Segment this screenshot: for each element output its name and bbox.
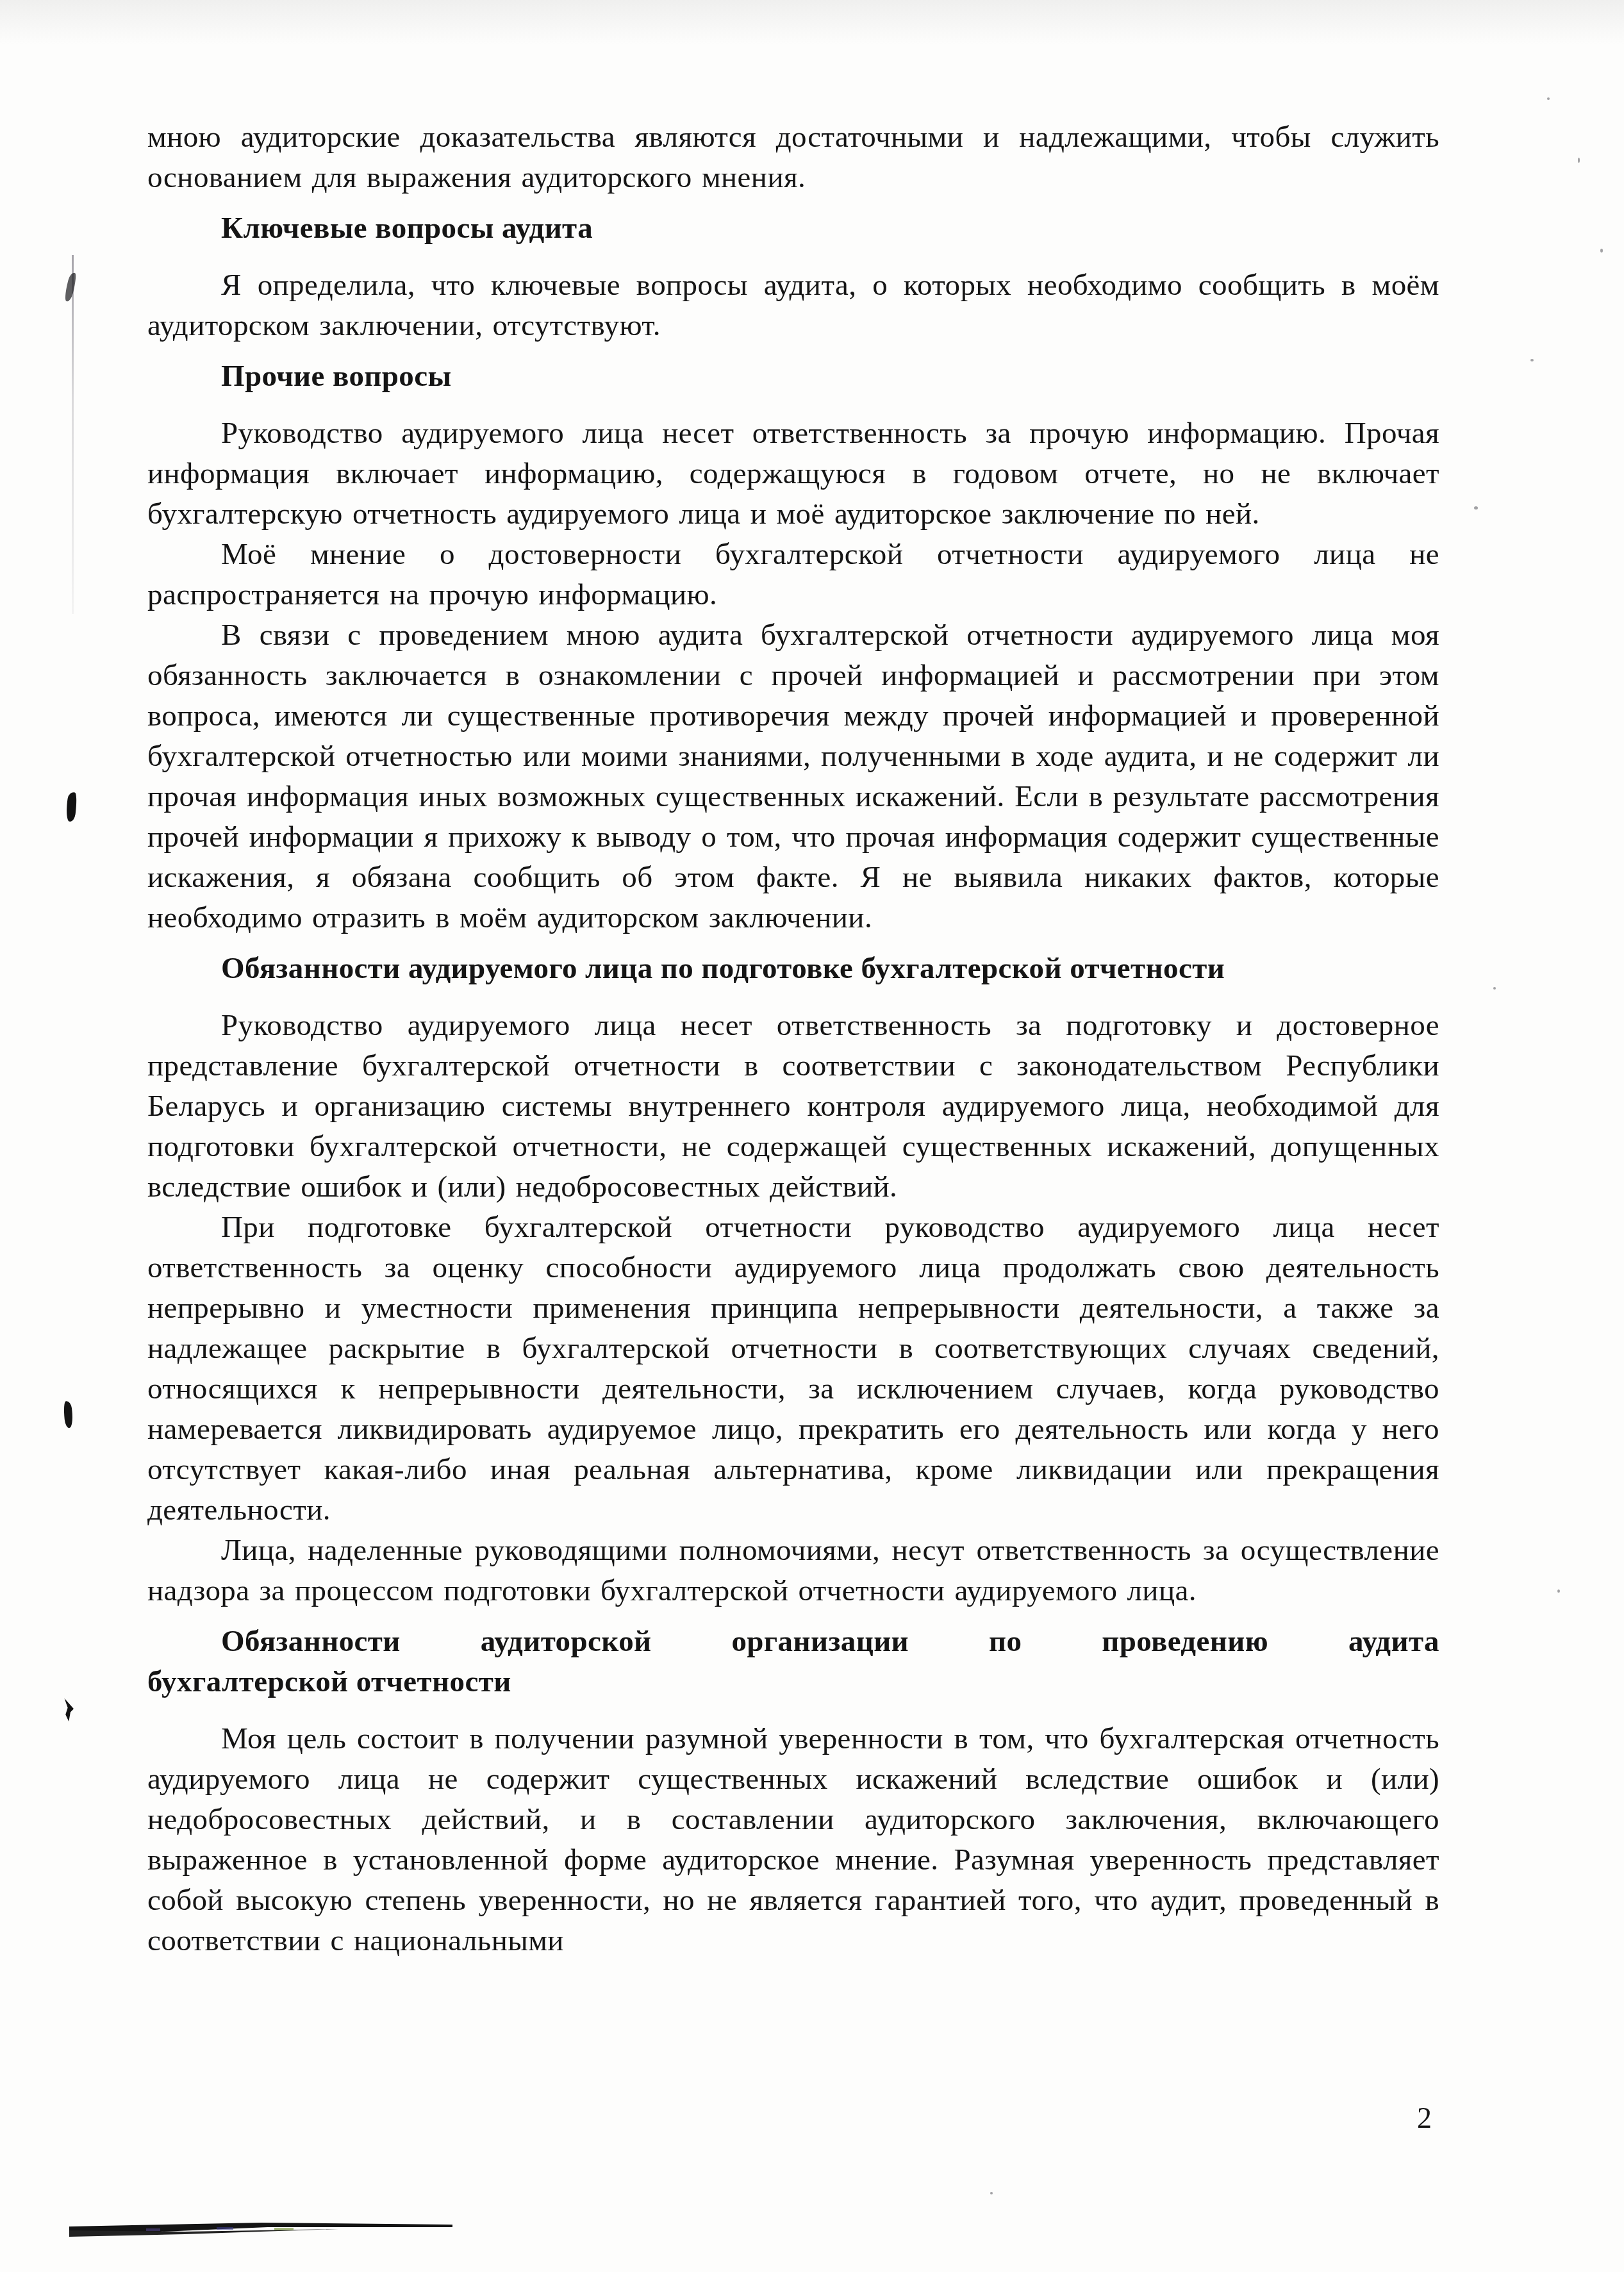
- paragraph: Я определила, что ключевые вопросы аудит…: [147, 265, 1439, 346]
- document-page: мною аудиторские доказательства являются…: [0, 0, 1624, 2272]
- margin-ink-blob: [63, 1400, 74, 1428]
- heading-line: Обязанности аудиторской организации по п…: [147, 1621, 1439, 1662]
- paragraph: Лица, наделенные руководящими полномочия…: [147, 1530, 1439, 1611]
- text-column: мною аудиторские доказательства являются…: [147, 117, 1439, 1961]
- paragraph: При подготовке бухгалтерской отчетности …: [147, 1207, 1439, 1530]
- margin-ink-blob: [63, 1698, 74, 1721]
- scan-speck: [1578, 158, 1580, 163]
- paragraph: Моё мнение о достоверности бухгалтерской…: [147, 535, 1439, 615]
- section-heading-auditor-responsibilities: Обязанности аудиторской организации по п…: [147, 1621, 1439, 1702]
- scan-speck: [990, 2192, 993, 2194]
- scan-speck: [1547, 97, 1550, 100]
- paragraph: Моя цель состоит в получении разумной ув…: [147, 1719, 1439, 1961]
- scan-speck: [1474, 506, 1478, 510]
- heading-line: бухгалтерской отчетности: [147, 1662, 1439, 1702]
- margin-scratch-mark: [63, 272, 78, 303]
- paragraph: Руководство аудируемого лица несет ответ…: [147, 413, 1439, 535]
- section-heading-entity-responsibilities: Обязанности аудируемого лица по подготов…: [147, 949, 1439, 989]
- scan-line-artifact: [69, 2221, 452, 2238]
- scan-speck: [1600, 249, 1603, 253]
- page-number: 2: [1417, 2102, 1432, 2134]
- margin-scratch-streak: [72, 255, 74, 614]
- scan-speck: [1557, 1589, 1560, 1593]
- paragraph: Руководство аудируемого лица несет ответ…: [147, 1006, 1439, 1207]
- margin-ink-blob: [65, 792, 78, 822]
- paragraph: В связи с проведением мною аудита бухгал…: [147, 615, 1439, 938]
- scan-line-svg: [69, 2221, 452, 2238]
- section-heading-other-matters: Прочие вопросы: [147, 356, 1439, 397]
- paragraph-continuation: мною аудиторские доказательства являются…: [147, 117, 1439, 198]
- scan-speck: [1530, 359, 1534, 361]
- section-heading-key-audit-matters: Ключевые вопросы аудита: [147, 208, 1439, 249]
- page-edge-shading: [0, 0, 1624, 45]
- scan-speck: [1493, 987, 1496, 990]
